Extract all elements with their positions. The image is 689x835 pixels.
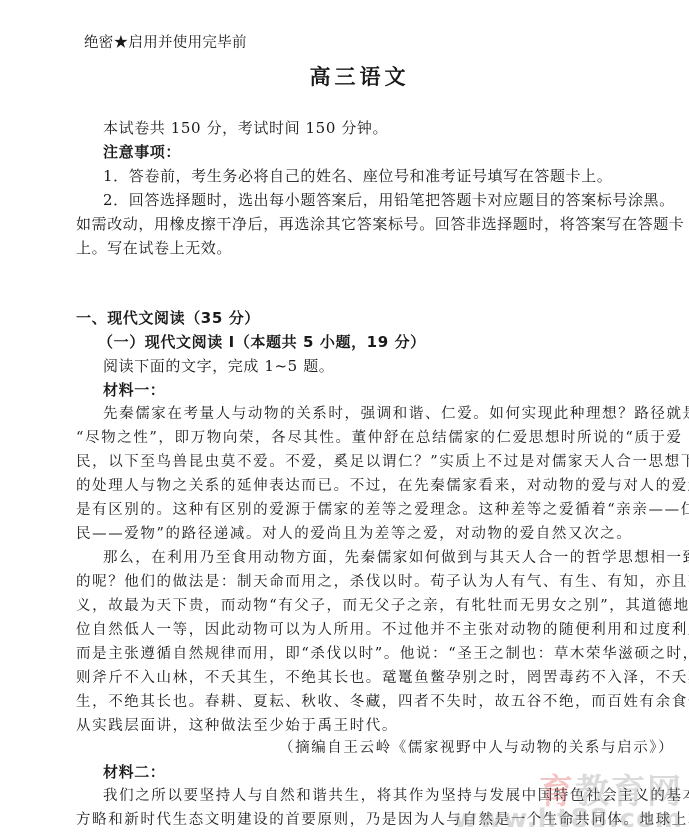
paragraph-line: “尽物之性”，即万物向荣，各尽其性。董仲舒在总结儒家的仁爱思想时所说的“质于爱 (76, 427, 683, 449)
material-2-label: 材料二： (103, 761, 165, 783)
exam-intro: 本试卷共 150 分，考试时间 150 分钟。 (103, 117, 388, 139)
subsection-heading: （一）现代文阅读 I（本题共 5 小题，19 分） (98, 331, 426, 353)
reading-prompt: 阅读下面的文字，完成 1~5 题。 (103, 355, 334, 377)
paragraph-line: 的处理人与物之关系的延伸表达而已。不过，在先秦儒家看来，对动物的爱与对人的爱还 (76, 475, 689, 497)
material-1-label: 材料一： (103, 379, 165, 401)
paragraph-line: 而是主张遵循自然规律而用，即“杀伐以时”。他说：“圣王之制也：草木荣华滋硕之时， (76, 643, 689, 665)
exam-page: 绝密★启用并使用完毕前 高三语文 本试卷共 150 分，考试时间 150 分钟。… (0, 0, 689, 835)
notice-item-2-line-2: 如需改动，用橡皮擦干净后，再选涂其它答案标号。回答非选择题时，将答案写在答题卡 (76, 213, 684, 235)
paragraph-line: 民——爱物”的路径递减。对人的爱尚且为差等之爱，对动物的爱自然又次之。 (76, 523, 632, 545)
paragraph-line: 的呢？他们的做法是：制天命而用之，杀伐以时。荀子认为人有气、有生、有知，亦且有 (76, 571, 689, 593)
notice-item-1: 1．答卷前，考生务必将自己的姓名、座位号和准考证号填写在答题卡上。 (103, 165, 612, 187)
paragraph-line: 我们之所以要坚持人与自然和谐共生，将其作为坚持与发展中国特色社会主义的基本 (103, 785, 689, 807)
material-1-source: （摘编自王云岭《儒家视野中人与动物的关系与启示》） (279, 737, 674, 759)
paragraph-line: 方略和新时代生态文明建设的首要原则，乃是因为人与自然是一个生命共同体。地球上本 (76, 809, 689, 831)
section-heading: 一、现代文阅读（35 分） (76, 307, 260, 329)
paragraph-line: 那么，在利用乃至食用动物方面，先秦儒家如何做到与其天人合一的哲学思想相一致 (103, 547, 689, 569)
confidential-notice: 绝密★启用并使用完毕前 (84, 32, 247, 54)
page-title: 高三语文 (0, 66, 689, 88)
paragraph-line: 则斧斤不入山林，不夭其生，不绝其长也。鼋鼍鱼鳖孕别之时，罔罟毒药不入泽，不夭其 (76, 667, 689, 689)
paragraph-line: 义，故最为天下贵，而动物“有父子，而无父子之亲，有牝牡而无男女之别”，其道德地 (76, 595, 689, 617)
notice-item-2-line-3: 上。写在试卷上无效。 (76, 237, 232, 259)
paragraph-line: 是有区别的。这种有区别的爱源于儒家的差等之爱理念。这种差等之爱循着“亲亲——仁 (76, 499, 689, 521)
notice-item-2-line-1: 2．回答选择题时，选出每小题答案后，用铅笔把答题卡对应题目的答案标号涂黑。 (103, 189, 675, 211)
paragraph-line: 先秦儒家在考量人与动物的关系时，强调和谐、仁爱。如何实现此种理想？路径就是 (103, 403, 689, 425)
paragraph-line: 民，以下至鸟兽昆虫莫不爱。不爱，奚足以谓仁？”实质上不过是对儒家天人合一思想下 (76, 451, 689, 473)
paragraph-line: 位自然低人一等，因此动物可以为人所用。不过他并不主张对动物的随便利用和过度利用， (76, 619, 689, 641)
paragraph-line: 从实践层面讲，这种做法至少始于禹王时代。 (76, 715, 398, 737)
notice-heading: 注意事项： (103, 141, 181, 163)
paragraph-line: 生，不绝其长也。春耕、夏耘、秋收、冬藏，四者不失时，故五谷不绝，而百姓有余食也。… (76, 691, 689, 713)
